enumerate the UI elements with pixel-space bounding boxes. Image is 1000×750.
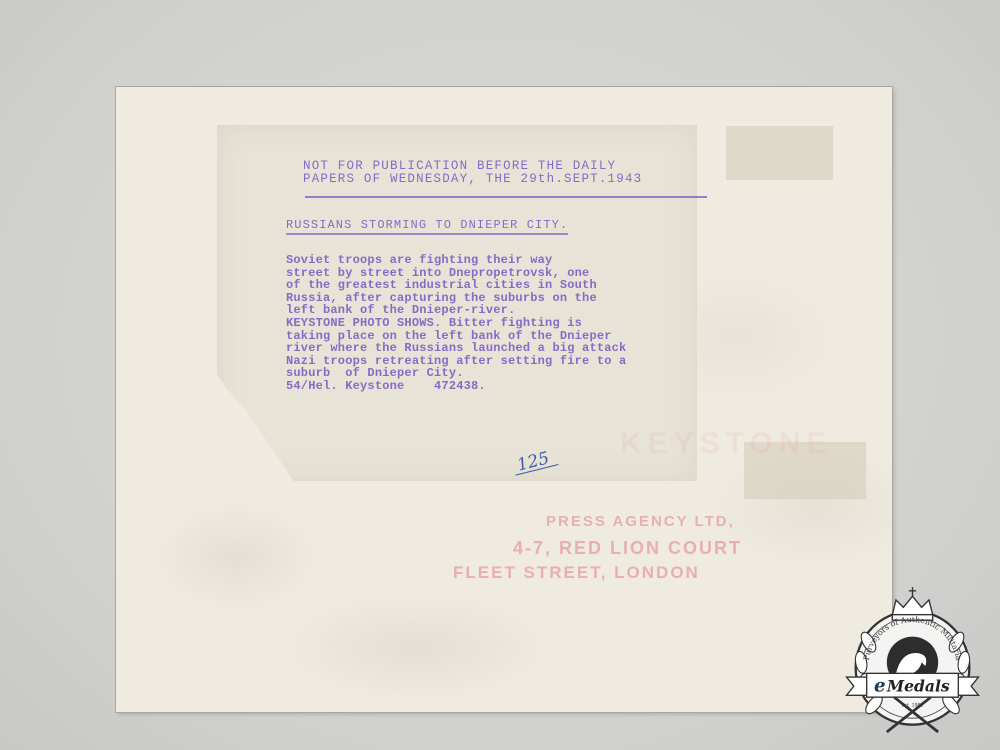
emedals-watermark-logo: Purveyors of Authentic Militaria e Medal… — [830, 578, 995, 743]
stamp-line-3: FLEET STREET, LONDON — [453, 563, 700, 583]
svg-text:Medals: Medals — [886, 677, 950, 696]
tape-strip-top — [727, 127, 832, 179]
svg-text:e: e — [874, 676, 886, 697]
emedals-crest-icon: Purveyors of Authentic Militaria e Medal… — [830, 578, 995, 743]
embargo-notice: NOT FOR PUBLICATION BEFORE THE DAILY PAP… — [303, 160, 642, 186]
headline: RUSSIANS STORMING TO DNIEPER CITY. — [286, 218, 568, 235]
caption-body: Soviet troops are fighting their way str… — [286, 254, 626, 393]
stamp-line-1: PRESS AGENCY LTD, — [546, 513, 735, 530]
stamp-line-2: 4-7, RED LION COURT — [513, 538, 742, 559]
divider-rule — [305, 196, 707, 198]
stamp-ghost-text: KEYSTONE — [620, 427, 833, 461]
